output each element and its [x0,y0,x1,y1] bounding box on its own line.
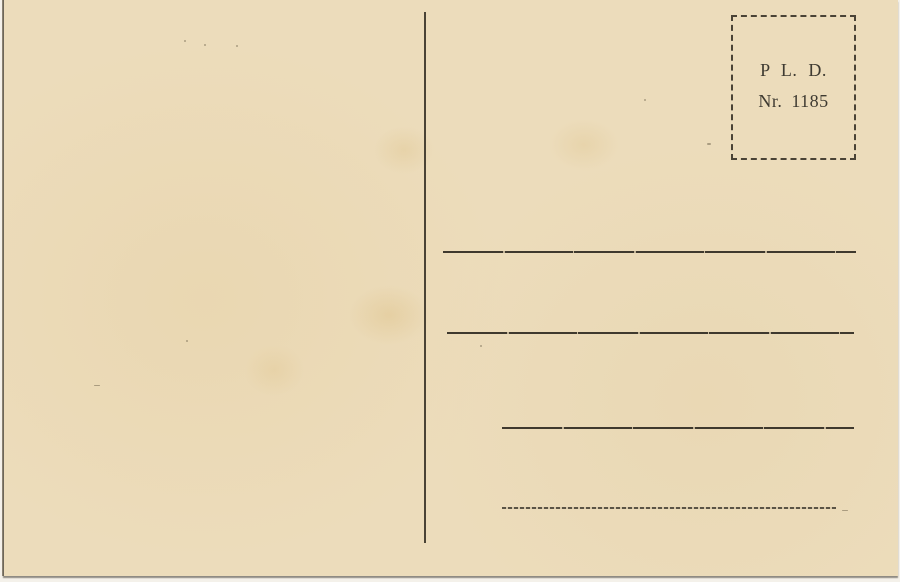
card-number: Nr. 1185 [733,91,854,112]
paper-speck [236,45,238,47]
address-line-2 [447,332,854,334]
paper-speck [186,340,188,342]
address-line-3 [502,427,854,429]
publisher-mark: P L. D. [733,60,854,81]
address-line-1 [443,251,856,253]
paper-speck [480,345,482,347]
message-area [4,0,422,576]
paper-speck [842,510,848,511]
paper-speck [204,44,206,46]
paper-speck [644,99,646,101]
postcard-back: P L. D. Nr. 1185 [3,0,898,576]
paper-speck [184,40,186,42]
paper-speck [94,385,100,386]
paper-speck [707,143,711,145]
stamp-box: P L. D. Nr. 1185 [731,15,856,160]
center-divider-line [424,12,426,543]
address-line-4 [502,507,836,509]
